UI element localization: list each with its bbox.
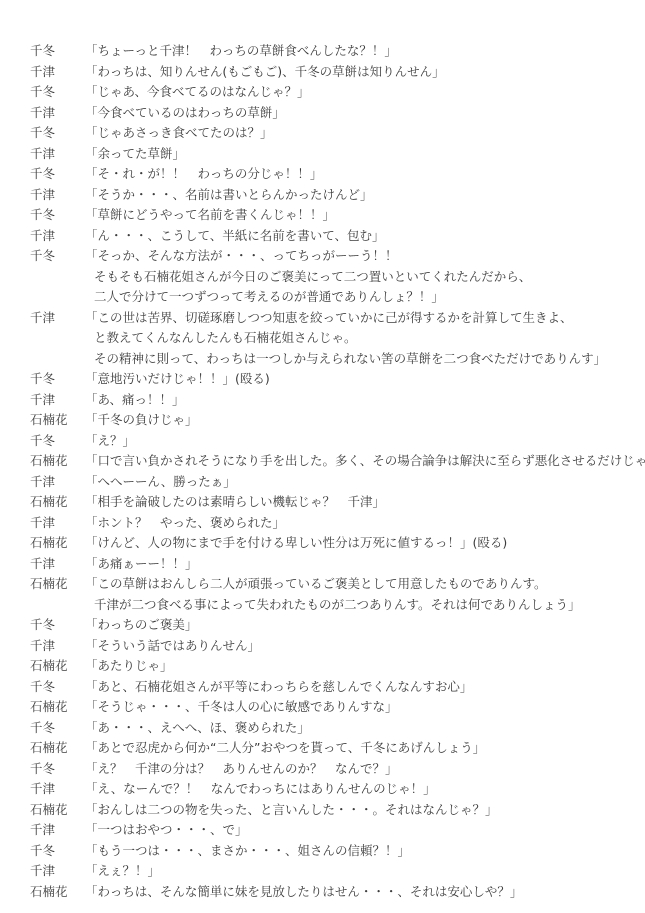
speaker-name: 石楠花 [30, 492, 85, 513]
dialogue-row: 石楠花 「わっちは、そんな簡単に妹を見放したりはせん・・・、それは安心しや？」 [30, 882, 627, 903]
dialogue-line: 「あ痛ぁーー！！」 [85, 554, 627, 575]
dialogue-line: 「意地汚いだけじゃ！！」(殴る) [85, 369, 627, 390]
dialogue-row: 石楠花 「この草餅はおんしら二人が頑張っているご褒美として用意したものでありんす… [30, 574, 627, 615]
dialogue-line: 「えぇ？！」 [85, 861, 627, 882]
dialogue-row: 千津 「あ、痛っ！！」 [30, 390, 627, 411]
dialogue-row: 千冬 「そ・れ・が！！ わっちの分じゃ！！」 [30, 164, 627, 185]
dialogue-line-continuation: 千津が二つ食べる事によって失われたものが二つありんす。それは何でありんしょう」 [85, 595, 627, 616]
speaker-name: 千冬 [30, 431, 85, 452]
dialogue-text: 「わっちは、そんな簡単に妹を見放したりはせん・・・、それは安心しや？」 [85, 882, 627, 903]
dialogue-text: 「千冬の負けじゃ」 [85, 410, 627, 431]
dialogue-row: 千冬 「え？」 [30, 431, 627, 452]
speaker-name: 千津 [30, 308, 85, 329]
dialogue-line: 「ん・・・、こうして、半紙に名前を書いて、包む」 [85, 226, 627, 247]
dialogue-text: 「口で言い負かされそうになり手を出した。多く、その場合論争は解決に至らず悪化させ… [85, 451, 627, 472]
dialogue-row: 千津 「そうか・・・、名前は書いとらんかったけんど」 [30, 185, 627, 206]
speaker-name: 千津 [30, 779, 85, 800]
dialogue-line: 「相手を論破したのは素晴らしい機転じゃ？ 千津」 [85, 492, 627, 513]
dialogue-line: 「あ、痛っ！！」 [85, 390, 627, 411]
dialogue-row: 千津 「あ痛ぁーー！！」 [30, 554, 627, 575]
dialogue-text: 「けんど、人の物にまで手を付ける卑しい性分は万死に値するっ！」(殴る) [85, 533, 627, 554]
dialogue-line: 「そっか、そんな方法が・・・、ってちっがーーう！！ [85, 246, 627, 267]
speaker-name: 千冬 [30, 369, 85, 390]
dialogue-line: 「口で言い負かされそうになり手を出した。多く、その場合論争は解決に至らず悪化させ… [85, 451, 627, 472]
dialogue-row: 石楠花 「千冬の負けじゃ」 [30, 410, 627, 431]
dialogue-text: 「そ・れ・が！！ わっちの分じゃ！！」 [85, 164, 627, 185]
dialogue-text: 「じゃあさっき食べてたのは？」 [85, 123, 627, 144]
dialogue-line: 「じゃあ、今食べてるのはなんじゃ？」 [85, 82, 627, 103]
speaker-name: 千冬 [30, 759, 85, 780]
dialogue-line: 「余ってた草餅」 [85, 144, 627, 165]
dialogue-row: 石楠花 「相手を論破したのは素晴らしい機転じゃ？ 千津」 [30, 492, 627, 513]
dialogue-row: 千津 「えぇ？！」 [30, 861, 627, 882]
dialogue-row: 千津 「今食べているのはわっちの草餅」 [30, 103, 627, 124]
dialogue-line: 「この世は苦界、切磋琢磨しつつ知恵を絞っていかに己が得するかを計算して生きよ、 [85, 308, 627, 329]
dialogue-row: 千津 「え、なーんで？！ なんでわっちにはありんせんのじゃ！」 [30, 779, 627, 800]
dialogue-text: 「ちょーっと千津！ わっちの草餅食べんしたな？！」 [85, 41, 627, 62]
dialogue-row: 千冬 「じゃあさっき食べてたのは？」 [30, 123, 627, 144]
dialogue-line: 「え、なーんで？！ なんでわっちにはありんせんのじゃ！」 [85, 779, 627, 800]
dialogue-text: 「そうか・・・、名前は書いとらんかったけんど」 [85, 185, 627, 206]
dialogue-line: 「え？ 千津の分は？ ありんせんのか？ なんで？」 [85, 759, 627, 780]
dialogue-row: 千冬 「もう一つは・・・、まさか・・・、姐さんの信頼？！」 [30, 841, 627, 862]
speaker-name: 石楠花 [30, 410, 85, 431]
dialogue-line: 「草餅にどうやって名前を書くんじゃ！！」 [85, 205, 627, 226]
dialogue-line: 「あと、石楠花姐さんが平等にわっちらを慈しんでくんなんすお心」 [85, 677, 627, 698]
dialogue-text: 「わっちのご褒美」 [85, 615, 627, 636]
speaker-name: 石楠花 [30, 800, 85, 821]
dialogue-line: 「ホント？ やった、褒められた」 [85, 513, 627, 534]
speaker-name: 千津 [30, 636, 85, 657]
speaker-name: 千津 [30, 103, 85, 124]
dialogue-line: 「あたりじゃ」 [85, 656, 627, 677]
dialogue-row: 石楠花 「あとで忍虎から何か“二人分”おやつを貰って、千冬にあげんしょう」 [30, 738, 627, 759]
dialogue-text: 「え？」 [85, 431, 627, 452]
dialogue-row: 千冬 「え？ 千津の分は？ ありんせんのか？ なんで？」 [30, 759, 627, 780]
dialogue-line: 「え？」 [85, 431, 627, 452]
dialogue-text: 「今食べているのはわっちの草餅」 [85, 103, 627, 124]
dialogue-text: 「わっちは、知りんせん(もごもご)、千冬の草餅は知りんせん」 [85, 62, 627, 83]
speaker-name: 千冬 [30, 164, 85, 185]
dialogue-text: 「草餅にどうやって名前を書くんじゃ！！」 [85, 205, 627, 226]
dialogue-text: 「もう一つは・・・、まさか・・・、姐さんの信頼？！」 [85, 841, 627, 862]
dialogue-row: 石楠花 「あたりじゃ」 [30, 656, 627, 677]
dialogue-line: 「この草餅はおんしら二人が頑張っているご褒美として用意したものでありんす。 [85, 574, 627, 595]
dialogue-row: 千津 「この世は苦界、切磋琢磨しつつ知恵を絞っていかに己が得するかを計算して生き… [30, 308, 627, 370]
speaker-name: 千冬 [30, 123, 85, 144]
dialogue-row: 千冬 「そっか、そんな方法が・・・、ってちっがーーう！！そもそも石楠花姐さんが今… [30, 246, 627, 308]
dialogue-line: 「そうか・・・、名前は書いとらんかったけんど」 [85, 185, 627, 206]
dialogue-text: 「この草餅はおんしら二人が頑張っているご褒美として用意したものでありんす。千津が… [85, 574, 627, 615]
speaker-name: 千冬 [30, 41, 85, 62]
dialogue-row: 千冬 「あ・・・、えへへ、ほ、褒められた」 [30, 718, 627, 739]
dialogue-row: 千津 「ホント？ やった、褒められた」 [30, 513, 627, 534]
dialogue-text: 「あ・・・、えへへ、ほ、褒められた」 [85, 718, 627, 739]
speaker-name: 千冬 [30, 246, 85, 267]
dialogue-line: 「今食べているのはわっちの草餅」 [85, 103, 627, 124]
dialogue-row: 千冬 「意地汚いだけじゃ！！」(殴る) [30, 369, 627, 390]
speaker-name: 千津 [30, 472, 85, 493]
speaker-name: 石楠花 [30, 882, 85, 903]
dialogue-line: 「ちょーっと千津！ わっちの草餅食べんしたな？！」 [85, 41, 627, 62]
speaker-name: 千冬 [30, 205, 85, 226]
dialogue-line: 「あとで忍虎から何か“二人分”おやつを貰って、千冬にあげんしょう」 [85, 738, 627, 759]
dialogue-row: 千冬 「わっちのご褒美」 [30, 615, 627, 636]
speaker-name: 千津 [30, 226, 85, 247]
dialogue-line: 「わっちのご褒美」 [85, 615, 627, 636]
speaker-name: 千津 [30, 390, 85, 411]
dialogue-text: 「へへーーん、勝ったぁ」 [85, 472, 627, 493]
dialogue-line: 「へへーーん、勝ったぁ」 [85, 472, 627, 493]
speaker-name: 千冬 [30, 82, 85, 103]
dialogue-line: 「わっちは、知りんせん(もごもご)、千冬の草餅は知りんせん」 [85, 62, 627, 83]
dialogue-row: 千冬 「ちょーっと千津！ わっちの草餅食べんしたな？！」 [30, 41, 627, 62]
dialogue-row: 千津 「へへーーん、勝ったぁ」 [30, 472, 627, 493]
speaker-name: 千冬 [30, 841, 85, 862]
dialogue-text: 「そうじゃ・・・、千冬は人の心に敏感でありんすな」 [85, 697, 627, 718]
dialogue-row: 千津 「一つはおやつ・・・、で」 [30, 820, 627, 841]
dialogue-text: 「え、なーんで？！ なんでわっちにはありんせんのじゃ！」 [85, 779, 627, 800]
dialogue-text: 「この世は苦界、切磋琢磨しつつ知恵を絞っていかに己が得するかを計算して生きよ、と… [85, 308, 627, 370]
dialogue-line-continuation: そもそも石楠花姐さんが今日のご褒美にって二つ置いといてくれたんだから、 [85, 267, 627, 288]
dialogue-list: 千冬 「ちょーっと千津！ わっちの草餅食べんしたな？！」 千津 「わっちは、知り… [30, 41, 627, 902]
dialogue-line: 「そういう話ではありんせん」 [85, 636, 627, 657]
dialogue-text: 「一つはおやつ・・・、で」 [85, 820, 627, 841]
dialogue-row: 石楠花 「そうじゃ・・・、千冬は人の心に敏感でありんすな」 [30, 697, 627, 718]
dialogue-line-continuation: その精神に則って、わっちは一つしか与えられない筈の草餅を二つ食べただけでありんす… [85, 349, 627, 370]
speaker-name: 千冬 [30, 615, 85, 636]
dialogue-row: 千津 「ん・・・、こうして、半紙に名前を書いて、包む」 [30, 226, 627, 247]
dialogue-line: 「わっちは、そんな簡単に妹を見放したりはせん・・・、それは安心しや？」 [85, 882, 627, 903]
dialogue-row: 千冬 「あと、石楠花姐さんが平等にわっちらを慈しんでくんなんすお心」 [30, 677, 627, 698]
dialogue-row: 千津 「わっちは、知りんせん(もごもご)、千冬の草餅は知りんせん」 [30, 62, 627, 83]
dialogue-line: 「もう一つは・・・、まさか・・・、姐さんの信頼？！」 [85, 841, 627, 862]
speaker-name: 千津 [30, 62, 85, 83]
speaker-name: 千冬 [30, 677, 85, 698]
script-document: 千冬 「ちょーっと千津！ わっちの草餅食べんしたな？！」 千津 「わっちは、知り… [0, 0, 645, 913]
dialogue-row: 千冬 「草餅にどうやって名前を書くんじゃ！！」 [30, 205, 627, 226]
dialogue-line: 「そうじゃ・・・、千冬は人の心に敏感でありんすな」 [85, 697, 627, 718]
dialogue-text: 「あと、石楠花姐さんが平等にわっちらを慈しんでくんなんすお心」 [85, 677, 627, 698]
dialogue-line-continuation: と教えてくんなんしたんも石楠花姐さんじゃ。 [85, 328, 627, 349]
dialogue-line: 「千冬の負けじゃ」 [85, 410, 627, 431]
dialogue-line: 「そ・れ・が！！ わっちの分じゃ！！」 [85, 164, 627, 185]
dialogue-text: 「そっか、そんな方法が・・・、ってちっがーーう！！そもそも石楠花姐さんが今日のご… [85, 246, 627, 308]
dialogue-text: 「あ、痛っ！！」 [85, 390, 627, 411]
speaker-name: 千津 [30, 820, 85, 841]
dialogue-row: 石楠花 「口で言い負かされそうになり手を出した。多く、その場合論争は解決に至らず… [30, 451, 627, 472]
dialogue-line-continuation: 二人で分けて一つずつって考えるのが普通でありんしょ？！」 [85, 287, 627, 308]
speaker-name: 石楠花 [30, 697, 85, 718]
speaker-name: 石楠花 [30, 574, 85, 595]
dialogue-text: 「ホント？ やった、褒められた」 [85, 513, 627, 534]
dialogue-text: 「意地汚いだけじゃ！！」(殴る) [85, 369, 627, 390]
speaker-name: 千津 [30, 185, 85, 206]
speaker-name: 石楠花 [30, 656, 85, 677]
dialogue-row: 千津 「余ってた草餅」 [30, 144, 627, 165]
speaker-name: 千津 [30, 513, 85, 534]
dialogue-line: 「じゃあさっき食べてたのは？」 [85, 123, 627, 144]
speaker-name: 千津 [30, 144, 85, 165]
dialogue-text: 「え？ 千津の分は？ ありんせんのか？ なんで？」 [85, 759, 627, 780]
dialogue-row: 石楠花 「おんしは二つの物を失った、と言いんした・・・。それはなんじゃ？」 [30, 800, 627, 821]
dialogue-text: 「あ痛ぁーー！！」 [85, 554, 627, 575]
speaker-name: 千津 [30, 861, 85, 882]
speaker-name: 石楠花 [30, 451, 85, 472]
dialogue-text: 「おんしは二つの物を失った、と言いんした・・・。それはなんじゃ？」 [85, 800, 627, 821]
speaker-name: 石楠花 [30, 738, 85, 759]
dialogue-text: 「ん・・・、こうして、半紙に名前を書いて、包む」 [85, 226, 627, 247]
dialogue-text: 「そういう話ではありんせん」 [85, 636, 627, 657]
dialogue-text: 「えぇ？！」 [85, 861, 627, 882]
speaker-name: 千津 [30, 554, 85, 575]
speaker-name: 石楠花 [30, 533, 85, 554]
dialogue-line: 「あ・・・、えへへ、ほ、褒められた」 [85, 718, 627, 739]
dialogue-row: 千津 「そういう話ではありんせん」 [30, 636, 627, 657]
dialogue-text: 「あたりじゃ」 [85, 656, 627, 677]
dialogue-text: 「相手を論破したのは素晴らしい機転じゃ？ 千津」 [85, 492, 627, 513]
dialogue-line: 「けんど、人の物にまで手を付ける卑しい性分は万死に値するっ！」(殴る) [85, 533, 627, 554]
dialogue-text: 「余ってた草餅」 [85, 144, 627, 165]
dialogue-row: 千冬 「じゃあ、今食べてるのはなんじゃ？」 [30, 82, 627, 103]
dialogue-line: 「一つはおやつ・・・、で」 [85, 820, 627, 841]
dialogue-text: 「じゃあ、今食べてるのはなんじゃ？」 [85, 82, 627, 103]
dialogue-text: 「あとで忍虎から何か“二人分”おやつを貰って、千冬にあげんしょう」 [85, 738, 627, 759]
dialogue-row: 石楠花 「けんど、人の物にまで手を付ける卑しい性分は万死に値するっ！」(殴る) [30, 533, 627, 554]
dialogue-line: 「おんしは二つの物を失った、と言いんした・・・。それはなんじゃ？」 [85, 800, 627, 821]
speaker-name: 千冬 [30, 718, 85, 739]
